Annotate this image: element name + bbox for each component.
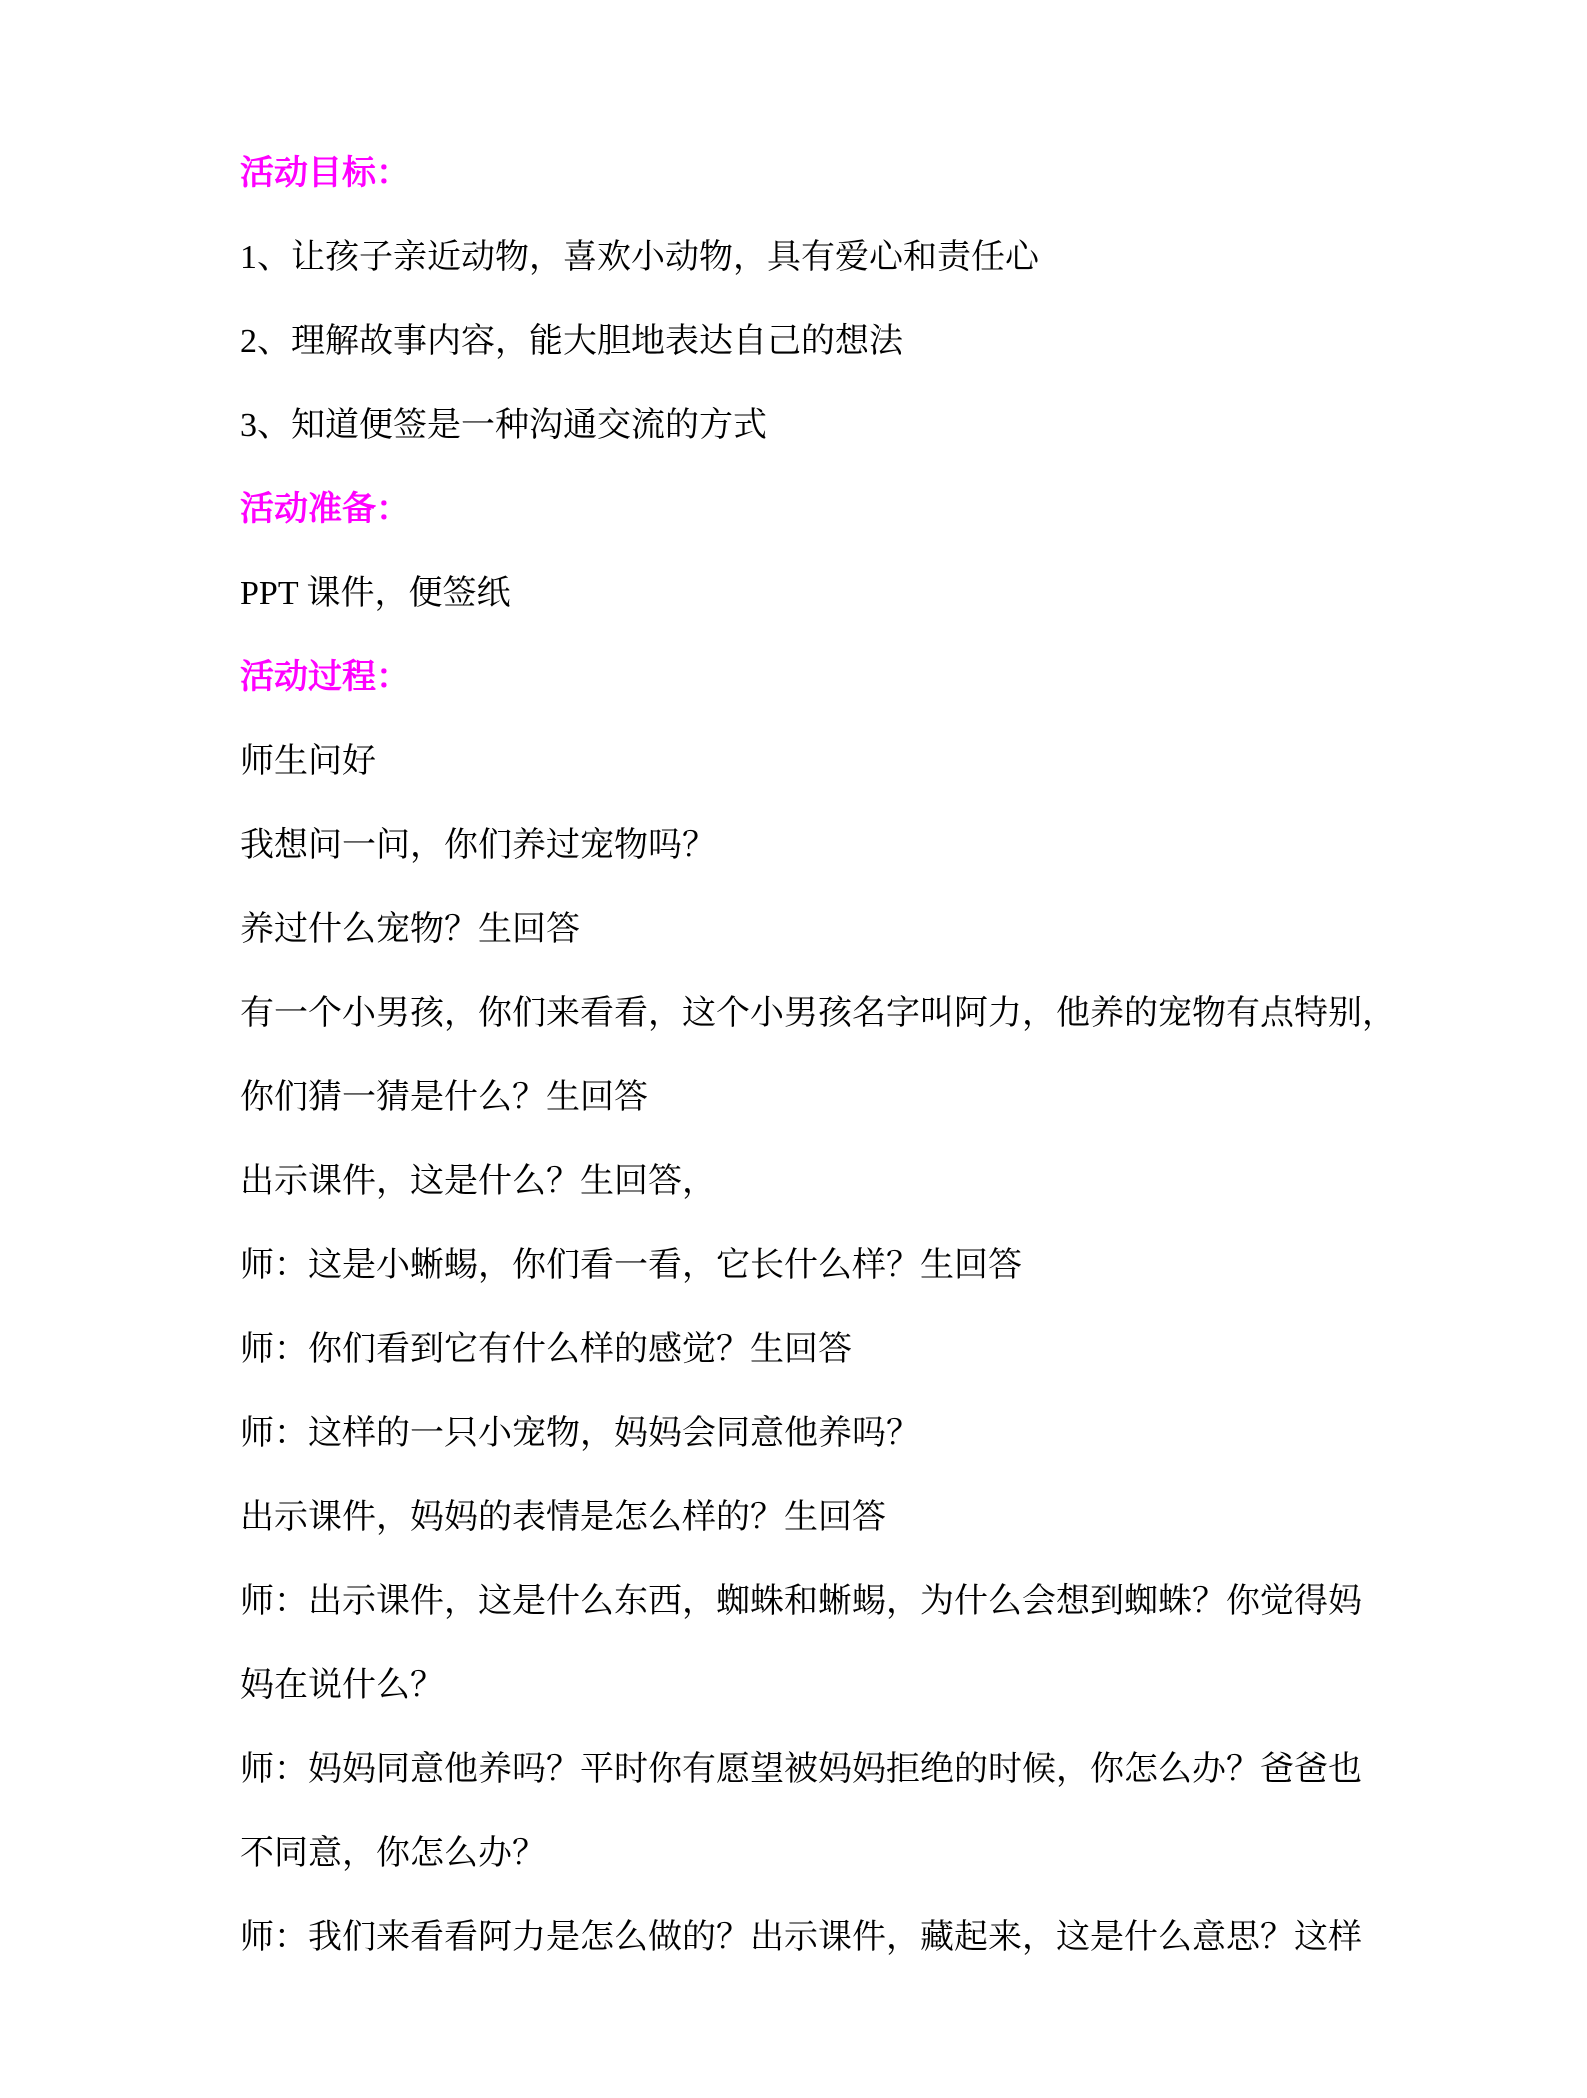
process-line-7: 师：这是小蜥蜴，你们看一看，它长什么样？生回答: [240, 1224, 1467, 1308]
goal-item-3: 3、知道便签是一种沟通交流的方式: [240, 384, 1467, 468]
process-line-8: 师：你们看到它有什么样的感觉？生回答: [240, 1308, 1467, 1392]
process-line-13: 师：妈妈同意他养吗？平时你有愿望被妈妈拒绝的时候，你怎么办？爸爸也: [240, 1728, 1467, 1812]
process-line-6: 出示课件，这是什么？生回答，: [240, 1140, 1467, 1224]
document-page: 活动目标： 1、让孩子亲近动物，喜欢小动物，具有爱心和责任心 2、理解故事内容，…: [0, 0, 1587, 2098]
goal-item-1: 1、让孩子亲近动物，喜欢小动物，具有爱心和责任心: [240, 216, 1467, 300]
process-line-14: 不同意，你怎么办？: [240, 1812, 1467, 1896]
goal-item-2: 2、理解故事内容，能大胆地表达自己的想法: [240, 300, 1467, 384]
section-heading-process: 活动过程：: [240, 636, 1467, 720]
section-heading-preparation: 活动准备：: [240, 468, 1467, 552]
process-line-10: 出示课件，妈妈的表情是怎么样的？生回答: [240, 1476, 1467, 1560]
process-line-11: 师：出示课件，这是什么东西，蜘蛛和蜥蜴，为什么会想到蜘蛛？你觉得妈: [240, 1560, 1467, 1644]
process-line-15: 师：我们来看看阿力是怎么做的？出示课件，藏起来，这是什么意思？这样: [240, 1896, 1467, 1980]
process-line-2: 我想问一问，你们养过宠物吗？: [240, 804, 1467, 888]
preparation-item-1: PPT 课件，便签纸: [240, 552, 1467, 636]
process-line-5: 你们猜一猜是什么？生回答: [240, 1056, 1467, 1140]
process-line-3: 养过什么宠物？生回答: [240, 888, 1467, 972]
process-line-4: 有一个小男孩，你们来看看，这个小男孩名字叫阿力，他养的宠物有点特别，: [240, 972, 1467, 1056]
section-heading-goals: 活动目标：: [240, 132, 1467, 216]
process-line-9: 师：这样的一只小宠物，妈妈会同意他养吗？: [240, 1392, 1467, 1476]
process-line-12: 妈在说什么？: [240, 1644, 1467, 1728]
process-line-1: 师生问好: [240, 720, 1467, 804]
